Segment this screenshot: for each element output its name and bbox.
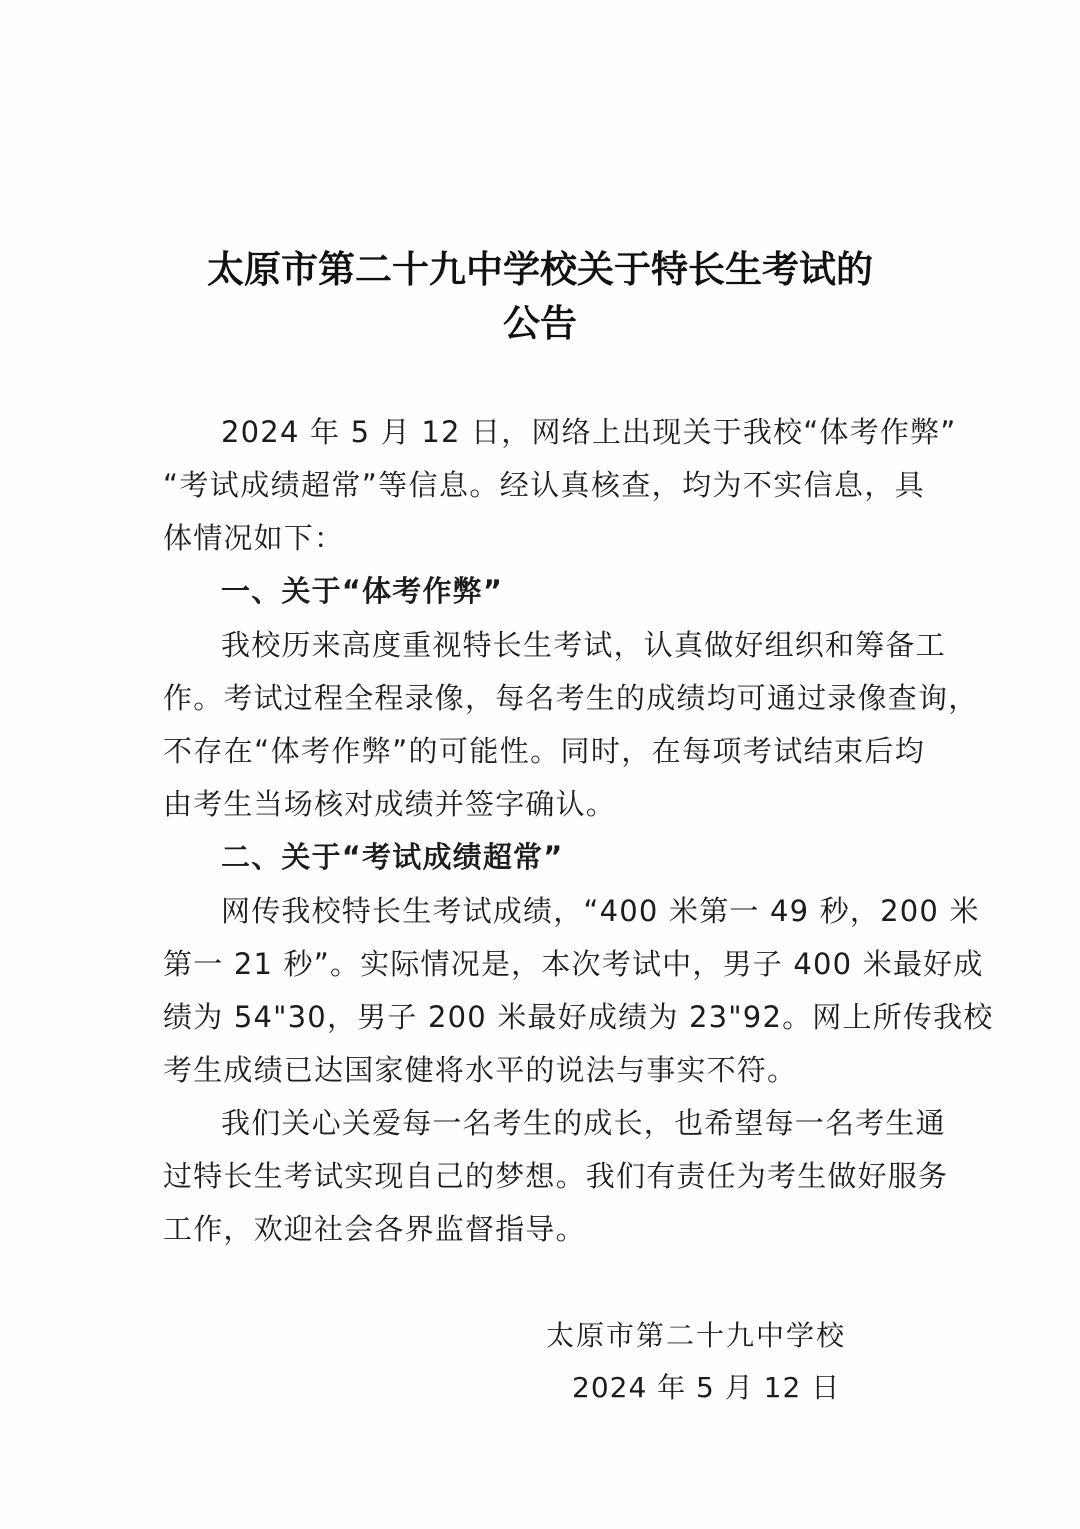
intro-line-3: 体情况如下： — [163, 518, 925, 558]
section-2-line-1: 网传我校特长生考试成绩，“400 米第一 49 秒，200 米 — [221, 891, 925, 931]
signature-date: 2024 年 5 月 12 日 — [572, 1368, 840, 1408]
announcement-page: 太原市第二十九中学校关于特长生考试的 公告 2024 年 5 月 12 日，网络… — [0, 0, 1080, 1529]
section-1-line-3: 不存在“体考作弊”的可能性。同时，在每项考试结束后均 — [163, 731, 925, 771]
section-1-line-4: 由考生当场核对成绩并签字确认。 — [163, 784, 925, 824]
section-2-line-2: 第一 21 秒”。实际情况是，本次考试中，男子 400 米最好成 — [163, 944, 925, 984]
section-2-line-3: 绩为 54"30，男子 200 米最好成绩为 23"92。网上所传我校 — [163, 997, 925, 1037]
signature-organization: 太原市第二十九中学校 — [546, 1316, 846, 1356]
intro-line-1: 2024 年 5 月 12 日，网络上出现关于我校“体考作弊” — [221, 412, 925, 452]
document-title-line-2: 公告 — [150, 296, 930, 350]
section-2-line-4: 考生成绩已达国家健将水平的说法与事实不符。 — [163, 1050, 925, 1090]
section-1-line-1: 我校历来高度重视特长生考试，认真做好组织和筹备工 — [221, 625, 925, 665]
section-1-line-2: 作。考试过程全程录像，每名考生的成绩均可通过录像查询， — [163, 678, 925, 718]
closing-line-1: 我们关心关爱每一名考生的成长，也希望每一名考生通 — [221, 1103, 925, 1143]
closing-line-3: 工作，欢迎社会各界监督指导。 — [163, 1209, 925, 1249]
document-title-line-1: 太原市第二十九中学校关于特长生考试的 — [150, 242, 930, 296]
intro-line-2: “考试成绩超常”等信息。经认真核查，均为不实信息，具 — [163, 465, 925, 505]
section-1-heading: 一、关于“体考作弊” — [221, 571, 925, 611]
closing-line-2: 过特长生考试实现自己的梦想。我们有责任为考生做好服务 — [163, 1156, 925, 1196]
section-2-heading: 二、关于“考试成绩超常” — [221, 837, 925, 877]
